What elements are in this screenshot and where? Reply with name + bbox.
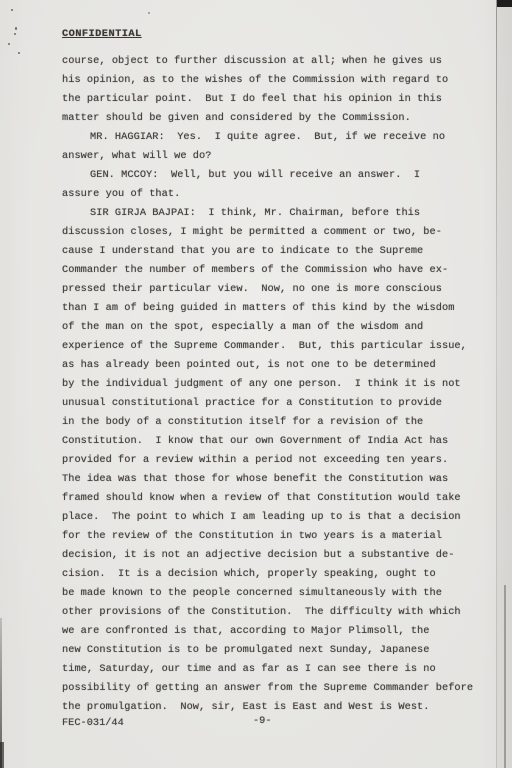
- scan-edge-line: [504, 585, 506, 768]
- scan-edge-line: [496, 0, 497, 768]
- scan-corner-mark: [497, 0, 512, 7]
- text-line: framed should know when a review of that…: [62, 489, 474, 508]
- scanned-page: CONFIDENTIAL course, object to further d…: [0, 0, 512, 768]
- text-line: place. The point to which I am leading u…: [62, 508, 474, 527]
- text-line: assure you of that.: [62, 185, 474, 204]
- text-line: as has already been pointed out, is not …: [62, 356, 474, 375]
- text-line: new Constitution is to be promulgated ne…: [62, 641, 474, 660]
- text-line: by the individual judgment of any one pe…: [62, 375, 474, 394]
- text-line: MR. HAGGIAR: Yes. I quite agree. But, if…: [62, 128, 474, 147]
- scan-speck: [14, 33, 16, 35]
- text-line: Constitution. I know that our own Govern…: [62, 432, 474, 451]
- scan-speck: [15, 27, 17, 30]
- text-line: Commander the number of members of the C…: [62, 261, 474, 280]
- text-line: provided for a review within a period no…: [62, 451, 474, 470]
- text-line: unusual constitutional practice for a Co…: [62, 394, 474, 413]
- text-line: experience of the Supreme Commander. But…: [62, 337, 474, 356]
- scan-speck: [18, 52, 20, 54]
- text-line: of the man on the spot, especially a man…: [62, 318, 474, 337]
- classification-stamp: CONFIDENTIAL: [62, 28, 142, 40]
- text-line: GEN. MCCOY: Well, but you will receive a…: [62, 166, 474, 185]
- text-line: possibility of getting an answer from th…: [62, 679, 474, 698]
- page-number: -9-: [253, 712, 272, 731]
- text-line: time, Saturday, our time and as far as I…: [62, 660, 474, 679]
- text-line: discussion closes, I might be permitted …: [62, 223, 474, 242]
- text-line: decision, it is not an adjective decisio…: [62, 546, 474, 565]
- text-line: we are confronted is that, according to …: [62, 622, 474, 641]
- text-line: course, object to further discussion at …: [62, 52, 474, 71]
- scan-speck: [11, 9, 13, 11]
- text-line: than I am of being guided in matters of …: [62, 299, 474, 318]
- text-line: pressed their particular view. Now, no o…: [62, 280, 474, 299]
- text-line: The idea was that those for whose benefi…: [62, 470, 474, 489]
- text-line: his opinion, as to the wishes of the Com…: [62, 71, 474, 90]
- text-line: be made known to the people concerned si…: [62, 584, 474, 603]
- text-line: the particular point. But I do feel that…: [62, 90, 474, 109]
- document-body: course, object to further discussion at …: [62, 52, 474, 717]
- text-line: cause I understand that you are to indic…: [62, 242, 474, 261]
- scan-speck: [148, 12, 150, 14]
- text-line: in the body of a constitution itself for…: [62, 413, 474, 432]
- scan-speck: [8, 43, 10, 45]
- document-number: FEC-031/44: [62, 717, 124, 729]
- page-footer: FEC-031/44 -9-: [62, 714, 474, 733]
- text-line: cision. It is a decision which, properly…: [62, 565, 474, 584]
- text-line: matter should be given and considered by…: [62, 109, 474, 128]
- text-line: SIR GIRJA BAJPAI: I think, Mr. Chairman,…: [62, 204, 474, 223]
- scan-corner-mark: [0, 742, 4, 768]
- text-line: other provisions of the Constitution. Th…: [62, 603, 474, 622]
- text-line: for the review of the Constitution in tw…: [62, 527, 474, 546]
- text-line: answer, what will we do?: [62, 147, 474, 166]
